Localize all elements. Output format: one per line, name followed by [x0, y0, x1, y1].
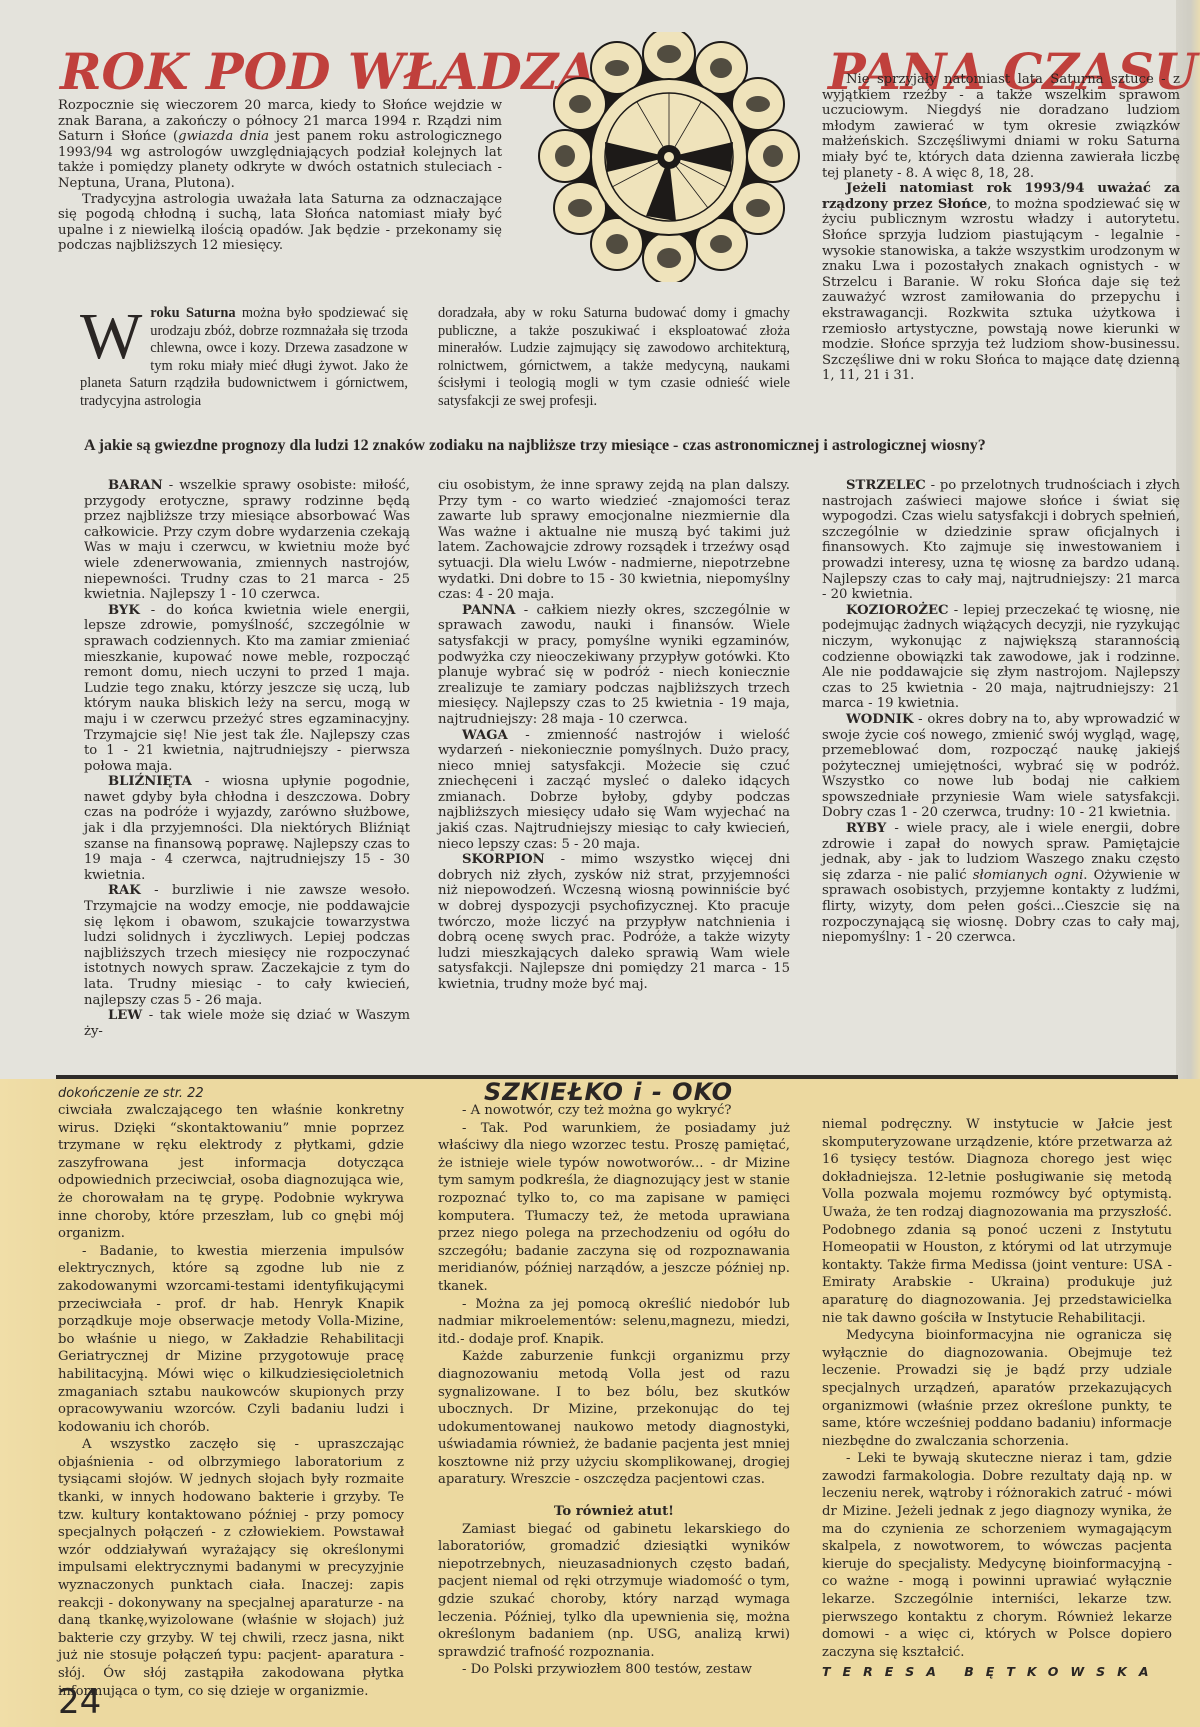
intro-right-text: Nie sprzyjały natomiast lata Saturna szt… [822, 72, 1180, 384]
saturn-column-1: Wroku Saturna można było spodziewać się … [80, 305, 408, 411]
paragraph: Zamiast biegać od gabinetu lekarskiego d… [438, 1521, 790, 1662]
continued-from-note: dokończenie ze str. 22 [58, 1086, 204, 1101]
paragraph: - Do Polski przywiozłem 800 testów, zest… [438, 1661, 790, 1679]
zodiac-column-1: BARAN - wszelkie sprawy osobiste: miłość… [84, 478, 410, 1039]
intro-right-paragraph-1: Nie sprzyjały natomiast lata Saturna szt… [822, 72, 1180, 181]
page-number: 24 [58, 1682, 101, 1722]
sign-forecast-baran: BARAN - wszelkie sprawy osobiste: miłość… [84, 478, 410, 603]
paragraph: - Tak. Pod warunkiem, że posiadamy już w… [438, 1120, 790, 1296]
sign-forecast-rak: RAK - burzliwie i nie zawsze wesoło. Trz… [84, 883, 410, 1008]
saturn-column-2: doradzała, aby w roku Saturna budować do… [438, 305, 790, 411]
paragraph: - Badanie, to kwestia mierzenia impulsów… [58, 1243, 404, 1437]
zodiac-column-3: STRZELEC - po przelotnych trudnościach i… [822, 478, 1180, 946]
sign-forecast-panna: PANNA - całkiem niezły okres, szczególni… [438, 603, 790, 728]
section-edge-shade [0, 1079, 60, 1727]
drop-cap: W [80, 311, 142, 363]
sign-forecast-ryby: RYBY - wiele pracy, ale i wiele energii,… [822, 821, 1180, 946]
paragraph: niemal podręczny. W instytucie w Jałcie … [822, 1116, 1172, 1327]
intro-paragraph-1: Rozpocznie się wieczorem 20 marca, kiedy… [58, 98, 502, 192]
intro-right-paragraph-2: Jeżeli natomiast rok 1993/94 uważać za r… [822, 181, 1180, 384]
zodiac-question-heading: A jakie są gwiezdne prognozy dla ludzi 1… [84, 436, 1194, 456]
paragraph: - Leki te bywają skuteczne nieraz i tam,… [822, 1450, 1172, 1661]
author-byline: TERESA BĘTKOWSKA [822, 1663, 1172, 1681]
sign-forecast-koziorozec: KOZIOROŻEC - lepiej przeczekać tę wiosnę… [822, 603, 1180, 712]
sign-forecast-lew-cont: ciu osobistym, że inne sprawy zejdą na p… [438, 478, 790, 603]
paragraph: ciwciała zwalczającego ten właśnie konkr… [58, 1102, 404, 1243]
szkielko-column-1: ciwciała zwalczającego ten właśnie konkr… [58, 1102, 404, 1700]
sign-forecast-byk: BYK - do końca kwietnia wiele energii, l… [84, 603, 410, 775]
paragraph: Każde zaburzenie funkcji organizmu przy … [438, 1348, 790, 1489]
subheading: To również atut! [438, 1503, 790, 1521]
intro-paragraph-2: Tradycyjna astrologia uważała lata Satur… [58, 192, 502, 254]
paragraph: - A nowotwór, czy też można go wykryć? [438, 1102, 790, 1120]
sign-forecast-waga: WAGA - zmienność nastrojów i wielość wyd… [438, 728, 790, 853]
paragraph: - Można za jej pomocą określić niedobór … [438, 1296, 790, 1349]
sign-forecast-wodnik: WODNIK - okres dobry na to, aby wprowadz… [822, 712, 1180, 821]
szkielko-column-3: niemal podręczny. W instytucie w Jałcie … [822, 1116, 1172, 1681]
paragraph: A wszystko zaczęło się - upraszczając ob… [58, 1436, 404, 1700]
paragraph: Medycyna bioinformacyjna nie ogranicza s… [822, 1327, 1172, 1450]
sign-forecast-skorpion: SKORPION - mimo wszystko więcej dni dobr… [438, 852, 790, 992]
zodiac-wheel-illustration [526, 32, 812, 282]
szkielko-column-2: - A nowotwór, czy też można go wykryć? -… [438, 1102, 790, 1679]
zodiac-column-2: ciu osobistym, że inne sprawy zejdą na p… [438, 478, 790, 993]
sign-forecast-lew: LEW - tak wiele może się dziać w Waszym … [84, 1008, 410, 1039]
headline-left: ROK POD WŁADZĄ [60, 42, 597, 102]
sign-forecast-strzelec: STRZELEC - po przelotnych trudnościach i… [822, 478, 1180, 603]
sign-forecast-blizniета: BLIŹNIĘTA - wiosna upłynie pogodnie, naw… [84, 774, 410, 883]
intro-text: Rozpocznie się wieczorem 20 marca, kiedy… [58, 98, 502, 254]
magazine-page: ROK POD WŁADZĄ PANA CZASU Rozpocznie się… [0, 0, 1200, 1727]
